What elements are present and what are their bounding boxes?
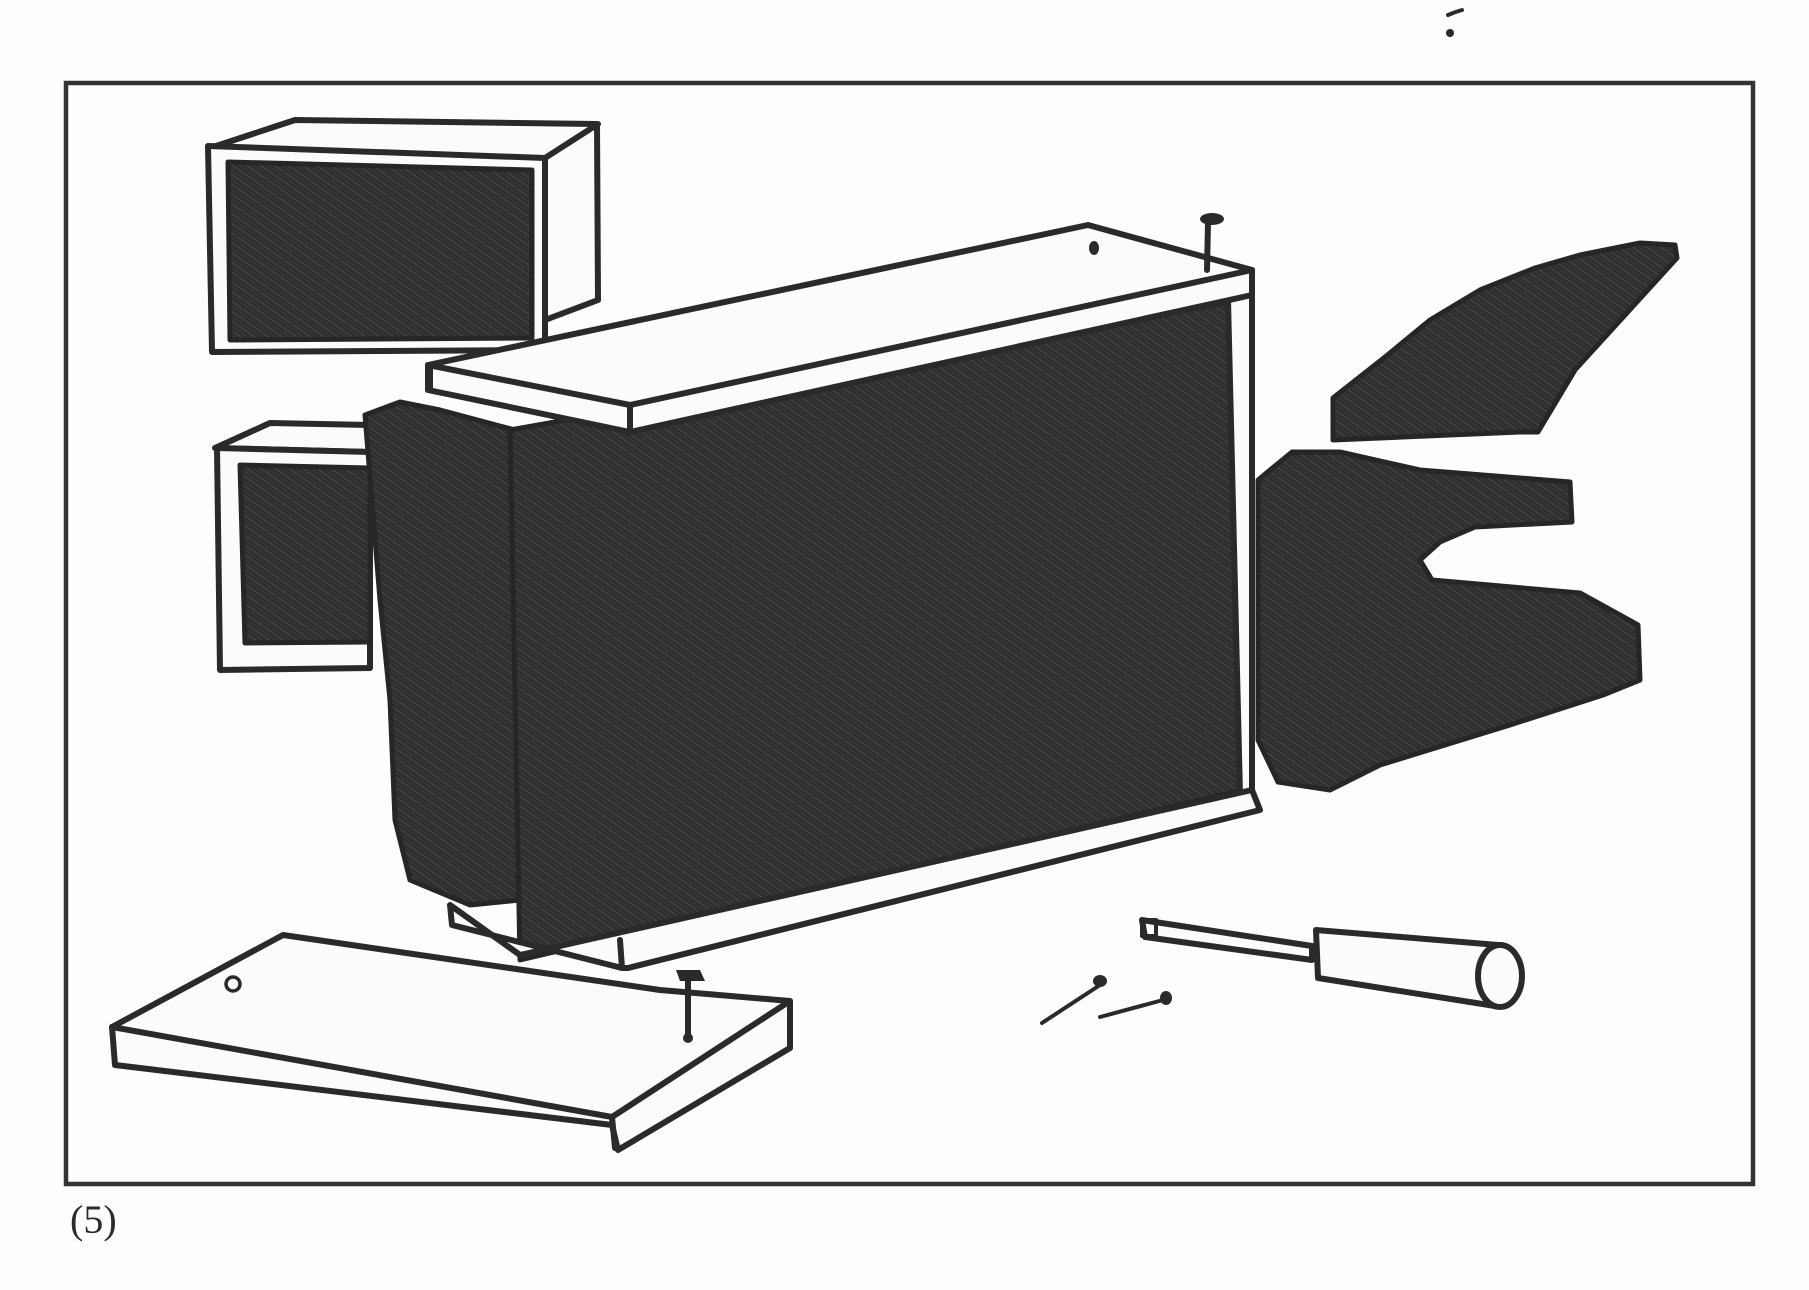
screwdriver	[1142, 920, 1522, 1007]
drawer-upper	[208, 120, 598, 352]
illustration-figure	[0, 0, 1809, 1290]
side-piece-upper	[1333, 243, 1677, 440]
loose-board	[112, 935, 790, 1150]
figure-label: (5)	[70, 1196, 117, 1243]
drawer-lower	[215, 423, 370, 670]
nails	[1042, 975, 1172, 1023]
stray-marks	[1446, 10, 1462, 37]
side-piece-lower	[1258, 452, 1640, 790]
